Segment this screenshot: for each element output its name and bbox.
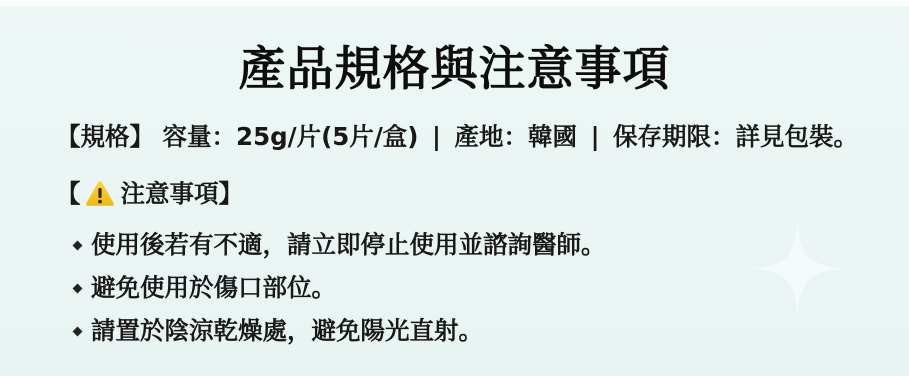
sparkle-icon xyxy=(750,221,845,316)
notice-heading: 【 注意事項 】 xyxy=(56,174,243,214)
page-title: 產品規格與注意事項 xyxy=(0,40,909,100)
list-item: 避免使用於傷口部位。 xyxy=(74,266,606,309)
separator: | xyxy=(591,122,600,151)
spec-line: 【規格】 容量：25g/片(5片/盒) | 產地：韓國 | 保存期限：詳見包裝。 xyxy=(56,117,858,157)
bullet-icon xyxy=(73,241,83,251)
bracket-close: 】 xyxy=(219,174,244,214)
spec-origin: 產地：韓國 xyxy=(455,122,578,151)
spec-capacity: 容量：25g/片(5片/盒) xyxy=(163,122,419,151)
bracket-open: 【 xyxy=(56,174,81,214)
separator: | xyxy=(432,122,441,151)
list-item-text: 避免使用於傷口部位。 xyxy=(91,266,336,309)
spec-label: 【規格】 xyxy=(56,122,154,151)
bullet-icon xyxy=(73,327,83,337)
spec-shelf-life: 保存期限：詳見包裝。 xyxy=(613,122,858,151)
notice-label: 注意事項 xyxy=(121,174,219,214)
notice-list: 使用後若有不適，請立即停止使用並諮詢醫師。 避免使用於傷口部位。 請置於陰涼乾燥… xyxy=(74,223,606,352)
list-item-text: 請置於陰涼乾燥處，避免陽光直射。 xyxy=(91,309,483,352)
bullet-icon xyxy=(73,284,83,294)
warning-icon xyxy=(85,180,115,207)
list-item: 使用後若有不適，請立即停止使用並諮詢醫師。 xyxy=(74,223,606,266)
list-item: 請置於陰涼乾燥處，避免陽光直射。 xyxy=(74,309,606,352)
list-item-text: 使用後若有不適，請立即停止使用並諮詢醫師。 xyxy=(91,223,606,266)
